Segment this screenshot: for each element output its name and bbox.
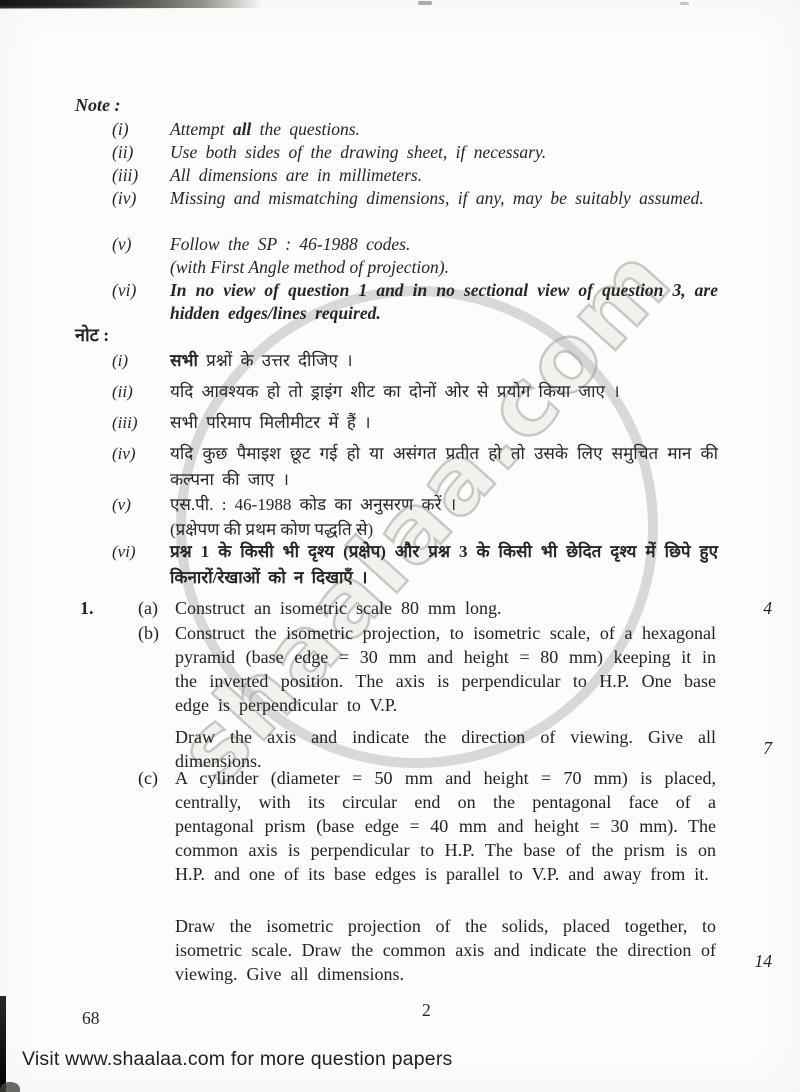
note-text: सभी परिमाप मिलीमीटर में हैं । — [170, 410, 718, 436]
note-number: (vi) — [112, 279, 136, 302]
note-item-en-iii: (iii) All dimensions are in millimeters. — [75, 164, 718, 187]
marks-part-b: 7 — [738, 736, 772, 760]
note-item-hi-iii: (iii) सभी परिमाप मिलीमीटर में हैं । — [75, 410, 718, 436]
note-text: यदि कुछ पैमाइश छूट गई हो या असंगत प्रतीत… — [170, 441, 718, 493]
scan-mark-top-right — [680, 2, 689, 5]
note-text: प्रश्न 1 के किसी भी दृश्य (प्रक्षेप) और … — [170, 539, 718, 591]
question-part-letter-a: (a) — [138, 596, 172, 620]
scanned-question-paper-page: shaalaa.com Note : (i) Attempt all the q… — [0, 0, 800, 1092]
question-number: 1. — [80, 596, 94, 620]
page-number: 2 — [422, 1000, 431, 1021]
scan-smudge-top-edge — [0, 0, 262, 8]
note-item-en-ii: (ii) Use both sides of the drawing sheet… — [75, 141, 718, 164]
note-text-subline: (with First Angle method of projection). — [170, 256, 718, 279]
shaalaa-visit-line: Visit www.shaalaa.com for more question … — [22, 1048, 452, 1071]
note-number: (iii) — [112, 410, 138, 436]
note-text-bold: all — [233, 119, 251, 139]
note-text: Use both sides of the drawing sheet, if … — [170, 141, 718, 164]
note-number: (v) — [112, 233, 131, 256]
note-text: एस.पी. : 46-1988 कोड का अनुसरण करें । — [170, 492, 718, 518]
note-number: (ii) — [112, 379, 133, 405]
note-item-hi-i: (i) सभी प्रश्नों के उत्तर दीजिए । — [75, 348, 718, 374]
note-number: (i) — [112, 348, 128, 374]
note-text-post: the questions. — [251, 119, 360, 139]
note-number: (vi) — [112, 539, 136, 565]
note-item-hi-iv: (iv) यदि कुछ पैमाइश छूट गई हो या असंगत प… — [75, 441, 718, 493]
note-number: (iii) — [112, 164, 138, 187]
note-item-en-vi: (vi) In no view of question 1 and in no … — [75, 279, 718, 325]
note-text: सभी प्रश्नों के उत्तर दीजिए । — [170, 348, 718, 374]
question-part-a-text: Construct an isometric scale 80 mm long. — [175, 596, 716, 620]
notes-english-heading: Note : — [75, 94, 120, 117]
note-number: (i) — [112, 118, 129, 141]
note-text: Follow the SP : 46-1988 codes. — [170, 233, 718, 256]
note-text: Missing and mismatching dimensions, if a… — [170, 187, 718, 210]
note-item-en-i: (i) Attempt all the questions. — [75, 118, 718, 141]
note-text: In no view of question 1 and in no secti… — [170, 279, 718, 325]
scan-mark-top-center — [418, 1, 432, 5]
note-number: (iv) — [112, 441, 136, 467]
question-part-c-text: A cylinder (diameter = 50 mm and height … — [175, 766, 716, 886]
marks-part-a: 4 — [738, 596, 772, 620]
note-text-bold: सभी — [170, 351, 198, 370]
question-part-c-continuation: Draw the isometric projection of the sol… — [175, 914, 716, 986]
question-part-letter-c: (c) — [138, 766, 172, 790]
scan-blob-bottom-left — [0, 1082, 20, 1092]
question-part-letter-b: (b) — [138, 621, 172, 645]
note-item-en-v: (v) Follow the SP : 46-1988 codes. (with… — [75, 233, 718, 279]
note-text: यदि आवश्यक हो तो ड्राइंग शीट का दोनों ओर… — [170, 379, 718, 405]
note-number: (iv) — [112, 187, 136, 210]
note-item-hi-v: (v) एस.पी. : 46-1988 कोड का अनुसरण करें … — [75, 492, 718, 542]
paper-code: 68 — [82, 1008, 100, 1029]
question-part-b-text: Construct the isometric projection, to i… — [175, 621, 716, 717]
note-item-hi-ii: (ii) यदि आवश्यक हो तो ड्राइंग शीट का दोन… — [75, 379, 718, 405]
note-number: (v) — [112, 492, 131, 518]
notes-hindi-heading: नोट : — [75, 322, 109, 348]
note-text: All dimensions are in millimeters. — [170, 164, 718, 187]
marks-part-c: 14 — [738, 949, 772, 973]
question-1-section: 1. (a) Construct an isometric scale 80 m… — [0, 594, 800, 1034]
note-item-hi-vi: (vi) प्रश्न 1 के किसी भी दृश्य (प्रक्षेप… — [75, 539, 718, 591]
scan-smudge-top-edge-2 — [0, 6, 180, 9]
note-text: Attempt all the questions. — [170, 118, 718, 141]
note-text-pre: Attempt — [170, 119, 233, 139]
note-number: (ii) — [112, 141, 133, 164]
note-item-en-iv: (iv) Missing and mismatching dimensions,… — [75, 187, 718, 210]
note-text-post: प्रश्नों के उत्तर दीजिए । — [198, 351, 353, 370]
